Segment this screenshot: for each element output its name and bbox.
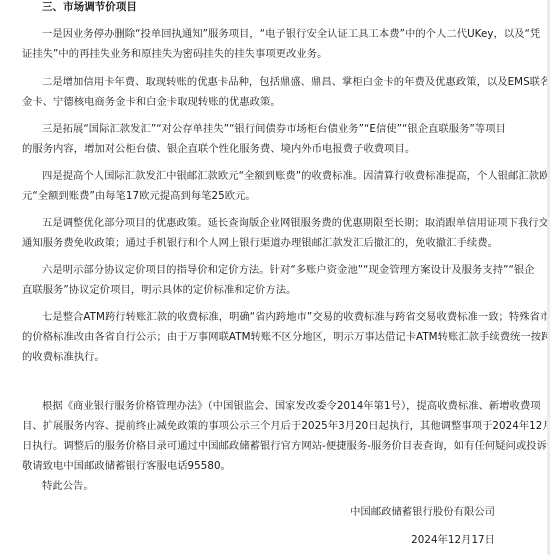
paragraph-2-line-2: 金卡、宁德核电商务金卡和白金卡取现转账的优惠政策。 — [22, 95, 281, 109]
paragraph-3-line-1: 三是拓展“国际汇款发汇”“对公存单挂失”“银行间债券市场柜台债业务”“E信使”“… — [42, 122, 506, 136]
paragraph-6-line-2: 直联服务”协议定价项目，明示具体的定价标准和定价方法。 — [22, 283, 296, 297]
paragraph-7-line-3: 的收费标准执行。 — [22, 350, 105, 364]
paragraph-5-line-1: 五是调整优化部分项目的优惠政策。延长查询版企业网银服务费的优惠期限至长期；取消跟… — [42, 216, 550, 230]
paragraph-4-line-1: 四是提高个人国际汇款发汇中银邮汇款欧元“全额到账费”的收费标准。因清算行收费标准… — [42, 169, 549, 183]
announcement-date: 2024年12月17日 — [411, 533, 495, 547]
paragraph-4-line-2: 元“全额到账费”由每笔17欧元提高到每笔25欧元。 — [22, 189, 256, 203]
paragraph-6-line-1: 六是明示部分协议定价项目的指导价和定价方法。针对“多账户资金池”“现金管理方案设… — [42, 263, 535, 277]
paragraph-8-line-2: 目、扩展服务内容、提前终止减免政策的事项公示三个月后于2025年3月20日起执行… — [22, 419, 550, 433]
paragraph-8-line-1: 根据《商业银行服务价格管理办法》（中国银监会、国家发改委令2014年第1号），提… — [42, 399, 541, 413]
paragraph-2-line-1: 二是增加信用卡年费、取现转账的优惠卡品种，包括鼎盛、鼎昌、掌柜白金卡的年费及优惠… — [42, 75, 550, 89]
closing-remark: 特此公告。 — [42, 479, 94, 493]
paragraph-5-line-2: 通知服务费免收政策；通过手机银行和个人网上银行渠道办理银邮汇款发汇后撤汇的，免收… — [22, 236, 498, 250]
announcement-document: 三、市场调节价项目 一是因业务停办删除“投单回执通知”服务项目，“电子银行安全认… — [0, 0, 547, 555]
signature-company: 中国邮政储蓄银行股份有限公司 — [350, 505, 495, 519]
paragraph-1-line-2: 证挂失”中的再挂失业务和原挂失为密码挂失的挂失事项更改业务。 — [22, 47, 327, 61]
section-heading: 三、市场调节价项目 — [42, 0, 137, 14]
paragraph-1-line-1: 一是因业务停办删除“投单回执通知”服务项目，“电子银行安全认证工具工本费”中的个… — [42, 27, 540, 41]
paragraph-7-line-2: 的价格标准改由各省自行公示；由于万事网联ATM转账不区分地区，明示万事达借记卡A… — [22, 330, 550, 344]
paragraph-7-line-1: 七是整合ATM跨行转账汇款的收费标准，明确“省内跨地市”交易的收费标准与跨省交易… — [42, 310, 550, 324]
paragraph-8-line-4: 敬请致电中国邮政储蓄银行客服电话95580。 — [22, 459, 231, 473]
paragraph-3-line-2: 的服务内容，增加对公柜台债、银企直联个性化服务费、境内外币电报费子收费项目。 — [22, 142, 415, 156]
paragraph-8-line-3: 日执行。调整后的服务价格目录可通过中国邮政储蓄银行官方网站-便捷服务-服务价目表… — [22, 439, 550, 453]
